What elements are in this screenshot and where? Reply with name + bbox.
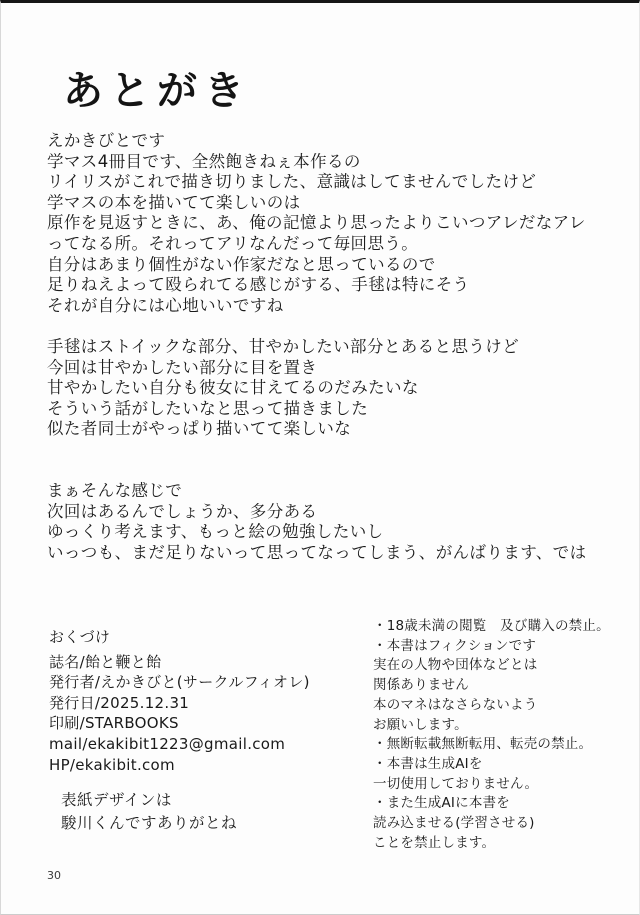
colophon-line: HP/ekakibit.com bbox=[49, 755, 310, 776]
notice-line: 読み込ませる(学習させる) bbox=[373, 814, 610, 834]
notice-line: 実在の人物や団体などとは bbox=[373, 656, 610, 676]
afterword-line: いっつも、まだ足りないって思ってなってしまう、がんばります、では bbox=[47, 543, 586, 564]
afterword-line: まぁそんな感じで bbox=[47, 481, 586, 502]
afterword-line: 今回は甘やかしたい部分に目を置き bbox=[47, 358, 586, 379]
colophon-line: 発行日/2025.12.31 bbox=[49, 693, 310, 714]
afterword-line: 原作を見返すときに、あ、俺の記憶より思ったよりこいつアレだなアレ bbox=[47, 213, 586, 234]
afterword-line bbox=[47, 440, 586, 461]
notice-line: ・また生成AIに本書を bbox=[373, 794, 610, 814]
colophon-line: 発行者/えかきびと(サークルフィオレ) bbox=[49, 672, 310, 693]
afterword-page: あとがき えかきびとです学マス4冊目です、全然飽きねぇ本作るのリイリスがこれで描… bbox=[0, 0, 640, 915]
colophon: おくづけ 誌名/飴と鞭と飴発行者/えかきびと(サークルフィオレ)発行日/2025… bbox=[49, 627, 310, 775]
colophon-heading: おくづけ bbox=[49, 627, 310, 648]
afterword-line: 似た者同士がやっぱり描いてて楽しいな bbox=[47, 419, 586, 440]
afterword-line: ってなる所。それってアリなんだって毎回思う。 bbox=[47, 234, 586, 255]
cover-credit: 表紙デザインは駿川くんですありがとね bbox=[61, 789, 237, 835]
afterword-body: えかきびとです学マス4冊目です、全然飽きねぇ本作るのリイリスがこれで描き切りまし… bbox=[47, 131, 586, 563]
colophon-lines: 誌名/飴と鞭と飴発行者/えかきびと(サークルフィオレ)発行日/2025.12.3… bbox=[49, 652, 310, 776]
notice-line: 本のマネはなさらないよう bbox=[373, 696, 610, 716]
colophon-line: 印刷/STARBOOKS bbox=[49, 713, 310, 734]
afterword-line: えかきびとです bbox=[47, 131, 586, 152]
afterword-line: ゆっくり考えます、もっと絵の勉強したいし bbox=[47, 522, 586, 543]
page-title: あとがき bbox=[63, 59, 251, 116]
afterword-line: 手毬はストイックな部分、甘やかしたい部分とあると思うけど bbox=[47, 337, 586, 358]
page-number: 30 bbox=[47, 869, 61, 882]
notice-line: ことを禁止します。 bbox=[373, 834, 610, 854]
afterword-line: 学マスの本を描いてて楽しいのは bbox=[47, 193, 586, 214]
afterword-line: それが自分には心地いいですね bbox=[47, 296, 586, 317]
notice-line: ・本書は生成AIを bbox=[373, 755, 610, 775]
afterword-line: 学マス4冊目です、全然飽きねぇ本作るの bbox=[47, 152, 586, 173]
afterword-line: リイリスがこれで描き切りました、意識はしてませんでしたけど bbox=[47, 172, 586, 193]
notice-line: 関係ありません bbox=[373, 676, 610, 696]
notice-line: ・無断転載無断転用、転売の禁止。 bbox=[373, 735, 610, 755]
afterword-line: 足りねえよって殴られてる感じがする、手毬は特にそう bbox=[47, 275, 586, 296]
afterword-line bbox=[47, 316, 586, 337]
afterword-line bbox=[47, 461, 586, 482]
colophon-line: 誌名/飴と鞭と飴 bbox=[49, 652, 310, 673]
cover-credit-line: 駿川くんですありがとね bbox=[61, 812, 237, 835]
afterword-line: 自分はあまり個性がない作家だなと思っているので bbox=[47, 255, 586, 276]
notice-line: 一切使用しておりません。 bbox=[373, 775, 610, 795]
afterword-line: 甘やかしたい自分も彼女に甘えてるのだみたいな bbox=[47, 378, 586, 399]
cover-credit-line: 表紙デザインは bbox=[61, 789, 237, 812]
afterword-line: 次回はあるんでしょうか、多分ある bbox=[47, 502, 586, 523]
afterword-line: そういう話がしたいなと思って描きました bbox=[47, 399, 586, 420]
notice-line: ・本書はフィクションです bbox=[373, 637, 610, 657]
colophon-line: mail/ekakibit1223@gmail.com bbox=[49, 734, 310, 755]
notices: ・18歳未満の閲覧 及び購入の禁止。・本書はフィクションです実在の人物や団体など… bbox=[373, 617, 610, 853]
notice-line: ・18歳未満の閲覧 及び購入の禁止。 bbox=[373, 617, 610, 637]
notice-line: お願いします。 bbox=[373, 716, 610, 736]
